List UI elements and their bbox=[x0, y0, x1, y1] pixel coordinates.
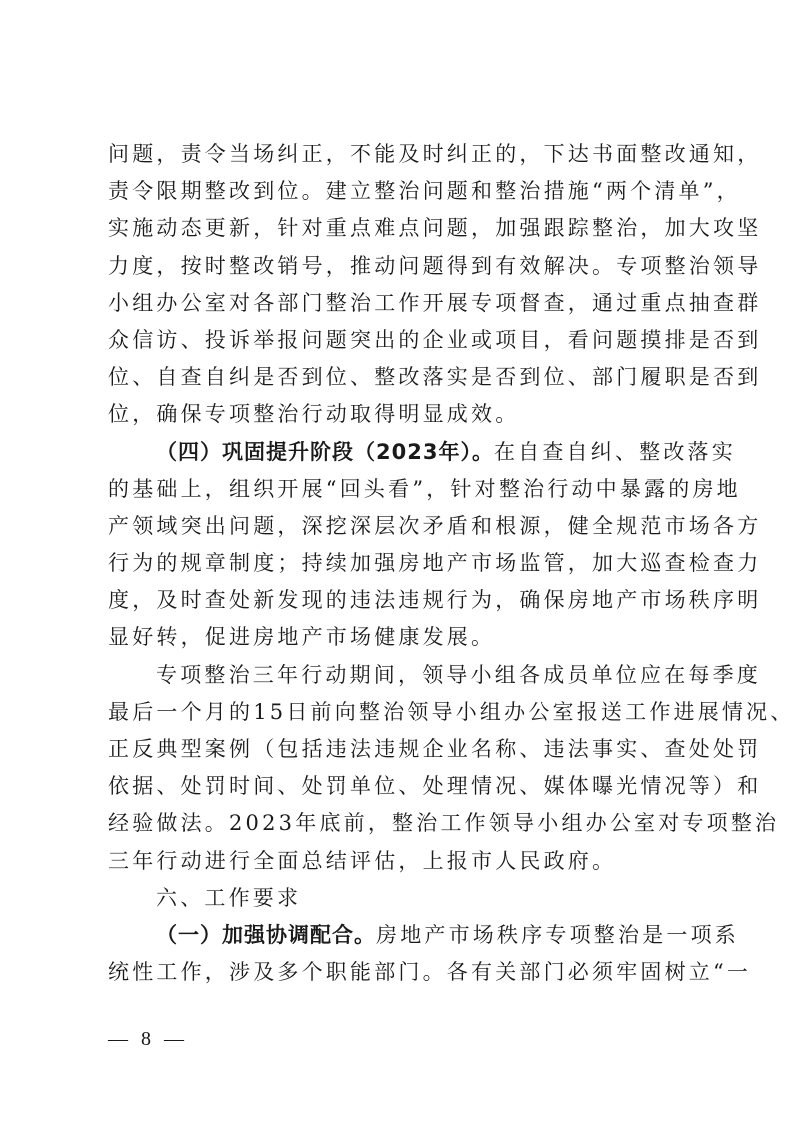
text-line: 经验做法。2023年底前，整治工作领导小组办公室对专项整治 bbox=[108, 805, 692, 842]
text-line: 力度，按时整改销号，推动问题得到有效解决。专项整治领导 bbox=[108, 248, 692, 285]
text-line: 位、自查自纠是否到位、整改落实是否到位、部门履职是否到 bbox=[108, 359, 692, 396]
subsection-heading: （四）巩固提升阶段（2023年）。 bbox=[156, 440, 494, 464]
page-number: — 8 — bbox=[108, 1028, 188, 1051]
text-line: 专项整治三年行动期间，领导小组各成员单位应在每季度 bbox=[108, 657, 692, 694]
text-line: 问题，责令当场纠正，不能及时纠正的，下达书面整改通知， bbox=[108, 136, 692, 173]
text-line: 责令限期整改到位。建立整治问题和整治措施“两个清单”， bbox=[108, 173, 692, 210]
text-line: 实施动态更新，针对重点难点问题，加强跟踪整治，加大攻坚 bbox=[108, 210, 692, 247]
text-line: 行为的规章制度；持续加强房地产市场监管，加大巡查检查力 bbox=[108, 545, 692, 582]
subsection-heading: （一）加强协调配合。 bbox=[156, 923, 376, 947]
text-line: 最后一个月的15日前向整治领导小组办公室报送工作进展情况、 bbox=[108, 694, 692, 731]
section-title: 六、工作要求 bbox=[108, 880, 692, 917]
text-line: 正反典型案例（包括违法违规企业名称、违法事实、查处处罚 bbox=[108, 731, 692, 768]
text-line: 众信访、投诉举报问题突出的企业或项目，看问题摸排是否到 bbox=[108, 322, 692, 359]
paragraph-heading-line: （四）巩固提升阶段（2023年）。在自查自纠、整改落实 bbox=[108, 434, 692, 471]
text-line: 度，及时查处新发现的违法违规行为，确保房地产市场秩序明 bbox=[108, 582, 692, 619]
paragraph-heading-line: （一）加强协调配合。房地产市场秩序专项整治是一项系 bbox=[108, 917, 692, 954]
text-line: 产领域突出问题，深挖深层次矛盾和根源，健全规范市场各方 bbox=[108, 508, 692, 545]
text-line: 小组办公室对各部门整治工作开展专项督查，通过重点抽查群 bbox=[108, 285, 692, 322]
text-line: 位，确保专项整治行动取得明显成效。 bbox=[108, 396, 692, 433]
text-line: 三年行动进行全面总结评估，上报市人民政府。 bbox=[108, 843, 692, 880]
text-run: 在自查自纠、整改落实 bbox=[494, 440, 736, 464]
text-line: 统性工作，涉及多个职能部门。各有关部门必须牢固树立“一 bbox=[108, 954, 692, 991]
text-line: 显好转，促进房地产市场健康发展。 bbox=[108, 619, 692, 656]
text-line: 的基础上，组织开展“回头看”，针对整治行动中暴露的房地 bbox=[108, 471, 692, 508]
document-page: 问题，责令当场纠正，不能及时纠正的，下达书面整改通知， 责令限期整改到位。建立整… bbox=[0, 0, 793, 1122]
text-line: 依据、处罚时间、处罚单位、处理情况、媒体曝光情况等）和 bbox=[108, 768, 692, 805]
text-run: 房地产市场秩序专项整治是一项系 bbox=[376, 923, 739, 947]
document-body: 问题，责令当场纠正，不能及时纠正的，下达书面整改通知， 责令限期整改到位。建立整… bbox=[108, 136, 692, 991]
